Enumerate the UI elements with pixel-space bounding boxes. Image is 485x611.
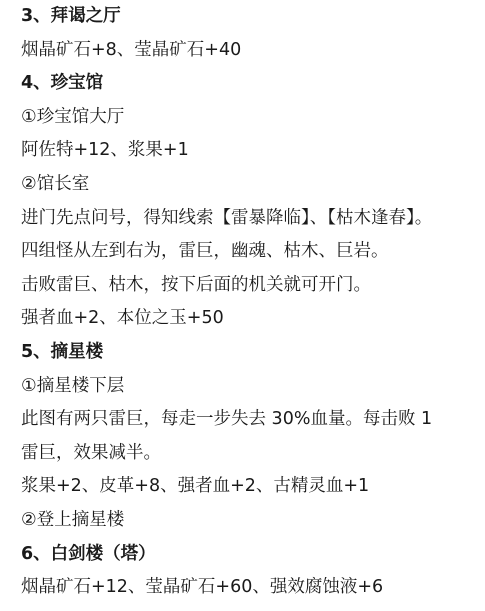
paragraph-line: 四组怪从左到右为，雷巨，幽魂、枯木、巨岩。 bbox=[21, 235, 485, 269]
section-heading-6: 6、白剑楼（塔） bbox=[21, 538, 485, 572]
paragraph-line: 击败雷巨、枯木，按下后面的机关就可开门。 bbox=[21, 269, 485, 303]
reward-line: 浆果+2、皮革+8、强者血+2、古精灵血+1 bbox=[21, 470, 485, 504]
subsection-heading: ②馆长室 bbox=[21, 168, 485, 202]
subsection-heading: ②登上摘星楼 bbox=[21, 504, 485, 538]
section-heading-3: 3、拜谒之厅 bbox=[21, 0, 485, 34]
subsection-heading: ①摘星楼下层 bbox=[21, 370, 485, 404]
reward-line: 烟晶矿石+8、莹晶矿石+40 bbox=[21, 34, 485, 68]
reward-line: 强者血+2、本位之玉+50 bbox=[21, 302, 485, 336]
section-heading-4: 4、珍宝馆 bbox=[21, 67, 485, 101]
reward-line: 烟晶矿石+12、莹晶矿石+60、强效腐蚀液+6 bbox=[21, 571, 485, 605]
reward-line: 阿佐特+12、浆果+1 bbox=[21, 134, 485, 168]
subsection-heading: ①珍宝馆大厅 bbox=[21, 101, 485, 135]
paragraph-line: 雷巨，效果减半。 bbox=[21, 437, 485, 471]
paragraph-line: 此图有两只雷巨，每走一步失去 30%血量。每击败 1 bbox=[21, 403, 485, 437]
paragraph-line: 进门先点问号，得知线索【雷暴降临】、【枯木逢春】。 bbox=[21, 202, 485, 236]
section-heading-5: 5、摘星楼 bbox=[21, 336, 485, 370]
guide-document: 3、拜谒之厅 烟晶矿石+8、莹晶矿石+40 4、珍宝馆 ①珍宝馆大厅 阿佐特+1… bbox=[21, 0, 485, 605]
